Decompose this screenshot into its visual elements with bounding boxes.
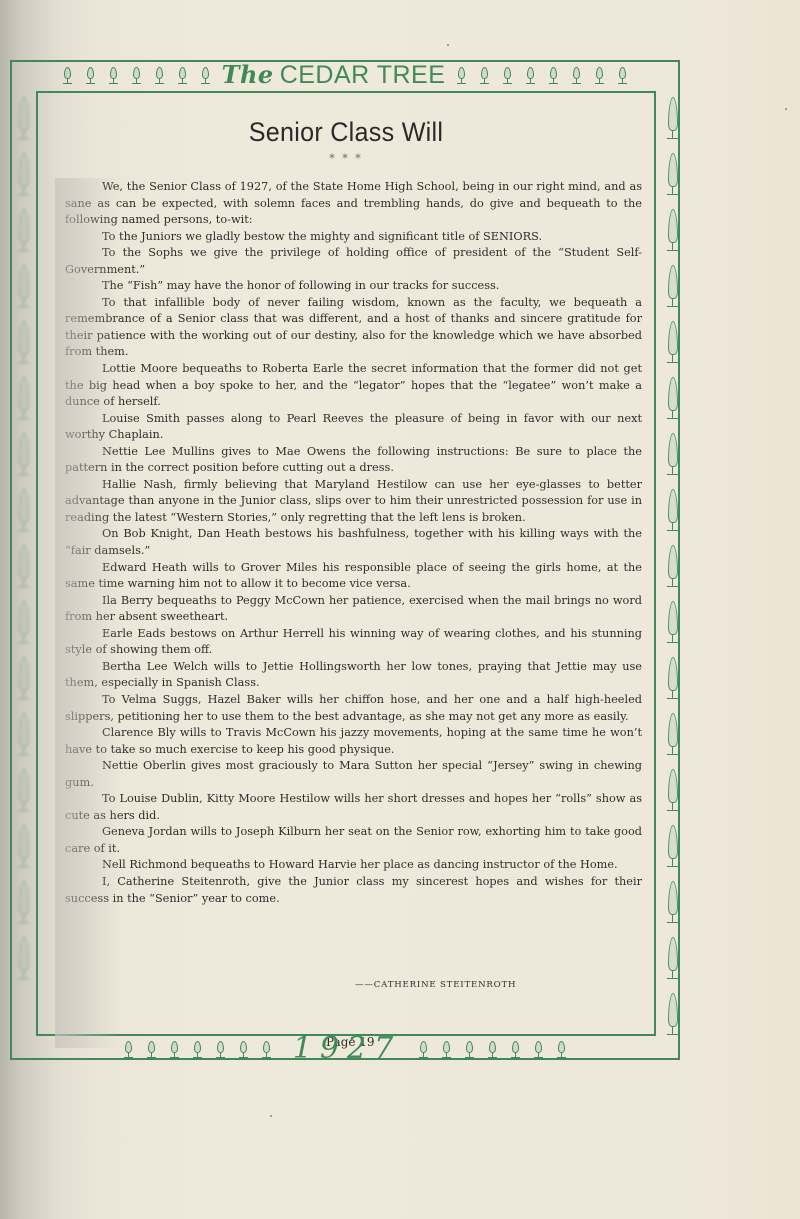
footer-year: 1927 <box>293 1034 401 1064</box>
title-ornament: * * * <box>36 152 656 165</box>
masthead-trees-right <box>457 67 627 84</box>
cedar-tree-icon <box>557 1041 566 1058</box>
cedar-tree-icon <box>666 599 680 643</box>
cedar-tree-icon <box>17 487 31 531</box>
cedar-tree-icon <box>526 67 535 84</box>
cedar-tree-icon <box>511 1041 520 1058</box>
cedar-tree-icon <box>17 935 31 979</box>
cedar-tree-icon <box>442 1041 451 1058</box>
article-body: We, the Senior Class of 1927, of the Sta… <box>65 179 642 907</box>
footer-trees-left <box>124 1041 271 1058</box>
paper-speck <box>270 1115 272 1117</box>
footer-band: 1927 <box>10 1036 680 1062</box>
cedar-tree-icon <box>86 67 95 84</box>
cedar-tree-icon <box>178 67 187 84</box>
cedar-tree-icon <box>465 1041 474 1058</box>
cedar-tree-icon <box>17 655 31 699</box>
paragraph: Bertha Lee Welch wills to Jettie Holling… <box>65 659 642 692</box>
paper-speck <box>447 44 449 46</box>
paragraph: Clarence Bly wills to Travis McCown his … <box>65 725 642 758</box>
cedar-tree-icon <box>17 263 31 307</box>
cedar-tree-icon <box>17 375 31 419</box>
cedar-tree-icon <box>595 67 604 84</box>
cedar-tree-icon <box>666 655 680 699</box>
cedar-tree-icon <box>534 1041 543 1058</box>
cedar-tree-icon <box>488 1041 497 1058</box>
cedar-tree-icon <box>666 151 680 195</box>
paragraph: Nettie Lee Mullins gives to Mae Owens th… <box>65 444 642 477</box>
paragraph: To that infallible body of never failing… <box>65 295 642 361</box>
cedar-tree-icon <box>457 67 466 84</box>
left-border-trees <box>14 95 34 1035</box>
cedar-tree-icon <box>155 67 164 84</box>
paragraph: To Velma Suggs, Hazel Baker wills her ch… <box>65 692 642 725</box>
article-title: Senior Class Will <box>58 117 635 148</box>
cedar-tree-icon <box>666 991 680 1035</box>
cedar-tree-icon <box>17 207 31 251</box>
paper-speck <box>785 108 787 110</box>
paragraph: Hallie Nash, firmly believing that Maryl… <box>65 477 642 527</box>
paragraph: Louise Smith passes along to Pearl Reeve… <box>65 411 642 444</box>
cedar-tree-icon <box>216 1041 225 1058</box>
paragraph: We, the Senior Class of 1927, of the Sta… <box>65 179 642 229</box>
cedar-tree-icon <box>480 67 489 84</box>
cedar-tree-icon <box>17 151 31 195</box>
paragraph: Edward Heath wills to Grover Miles his r… <box>65 560 642 593</box>
cedar-tree-icon <box>17 767 31 811</box>
paragraph: To the Sophs we give the privilege of ho… <box>65 245 642 278</box>
paragraph: Earle Eads bestows on Arthur Herrell his… <box>65 626 642 659</box>
paragraph: Nell Richmond bequeaths to Howard Harvie… <box>65 857 642 874</box>
paragraph: Nettie Oberlin gives most graciously to … <box>65 758 642 791</box>
masthead-the: The <box>222 60 274 89</box>
paragraph: The “Fish” may have the honor of followi… <box>65 278 642 295</box>
cedar-tree-icon <box>17 823 31 867</box>
paragraph: Geneva Jordan wills to Joseph Kilburn he… <box>65 824 642 857</box>
cedar-tree-icon <box>618 67 627 84</box>
cedar-tree-icon <box>109 67 118 84</box>
cedar-tree-icon <box>419 1041 428 1058</box>
paragraph: Lottie Moore bequeaths to Roberta Earle … <box>65 361 642 411</box>
cedar-tree-icon <box>17 95 31 139</box>
cedar-tree-icon <box>147 1041 156 1058</box>
paragraph: On Bob Knight, Dan Heath bestows his bas… <box>65 526 642 559</box>
cedar-tree-icon <box>666 879 680 923</box>
cedar-tree-icon <box>17 711 31 755</box>
signature: ——CATHERINE STEITENROTH <box>355 980 516 990</box>
cedar-tree-icon <box>666 543 680 587</box>
cedar-tree-icon <box>666 263 680 307</box>
right-border-trees <box>663 95 683 1055</box>
cedar-tree-icon <box>666 319 680 363</box>
masthead-name: CEDAR TREE <box>280 61 446 89</box>
cedar-tree-icon <box>666 375 680 419</box>
cedar-tree-icon <box>17 431 31 475</box>
cedar-tree-icon <box>63 67 72 84</box>
cedar-tree-icon <box>549 67 558 84</box>
cedar-tree-icon <box>572 67 581 84</box>
paragraph: To Louise Dublin, Kitty Moore Hestilow w… <box>65 791 642 824</box>
footer-trees-right <box>419 1041 566 1058</box>
cedar-tree-icon <box>666 95 680 139</box>
masthead-band: TheCEDAR TREE <box>10 60 680 90</box>
cedar-tree-icon <box>666 207 680 251</box>
cedar-tree-icon <box>666 823 680 867</box>
cedar-tree-icon <box>262 1041 271 1058</box>
cedar-tree-icon <box>17 543 31 587</box>
cedar-tree-icon <box>666 487 680 531</box>
cedar-tree-icon <box>666 431 680 475</box>
cedar-tree-icon <box>17 599 31 643</box>
cedar-tree-icon <box>170 1041 179 1058</box>
cedar-tree-icon <box>666 711 680 755</box>
paragraph: I, Catherine Steitenroth, give the Junio… <box>65 874 642 907</box>
cedar-tree-icon <box>666 935 680 979</box>
cedar-tree-icon <box>17 879 31 923</box>
cedar-tree-icon <box>124 1041 133 1058</box>
cedar-tree-icon <box>193 1041 202 1058</box>
cedar-tree-icon <box>132 67 141 84</box>
cedar-tree-icon <box>503 67 512 84</box>
cedar-tree-icon <box>239 1041 248 1058</box>
masthead-title: TheCEDAR TREE <box>222 63 446 88</box>
masthead-trees-left <box>63 67 210 84</box>
cedar-tree-icon <box>17 319 31 363</box>
cedar-tree-icon <box>201 67 210 84</box>
paragraph: To the Juniors we gladly bestow the migh… <box>65 229 642 246</box>
cedar-tree-icon <box>666 767 680 811</box>
paragraph: Ila Berry bequeaths to Peggy McCown her … <box>65 593 642 626</box>
